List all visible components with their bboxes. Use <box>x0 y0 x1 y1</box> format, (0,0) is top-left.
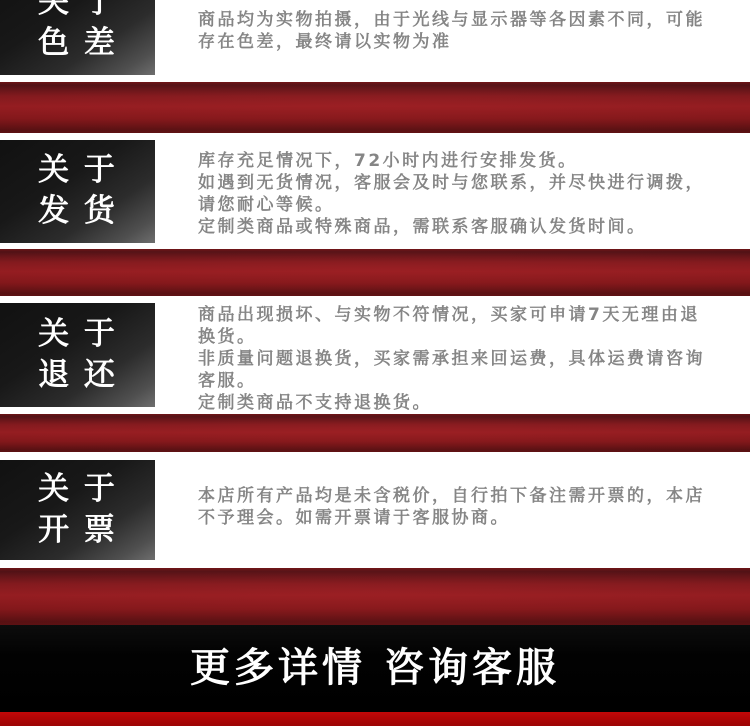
section-body-invoice: 本店所有产品均是未含税价，自行拍下备注需开票的，本店 不予理会。如需开票请于客服… <box>198 485 718 529</box>
section-body-color-difference: 商品均为实物拍摄，由于光线与显示器等各因素不同，可能 存在色差，最终请以实物为准 <box>198 9 718 53</box>
section-title-line: 色 差 <box>0 23 155 64</box>
section-title-box-returns: 关 于 退 还 <box>0 303 155 407</box>
section-returns: 关 于 退 还 商品出现损坏、与实物不符情况，买家可申请7天无理由退 换货。 非… <box>0 296 750 414</box>
divider-band <box>0 82 750 133</box>
section-title-box-shipping: 关 于 发 货 <box>0 140 155 243</box>
section-title-line: 关 于 <box>0 0 155 23</box>
section-title-box-invoice: 关 于 开 票 <box>0 460 155 560</box>
section-title-line: 发 货 <box>0 191 155 232</box>
section-title-line: 退 还 <box>0 355 155 396</box>
section-shipping: 关 于 发 货 库存充足情况下，72小时内进行安排发货。 如遇到无货情况，客服会… <box>0 133 750 249</box>
divider-band <box>0 568 750 625</box>
section-title-line: 关 于 <box>0 469 155 510</box>
section-title-line: 关 于 <box>0 150 155 191</box>
section-title-line: 关 于 <box>0 314 155 355</box>
product-detail-page: 关 于 色 差 商品均为实物拍摄，由于光线与显示器等各因素不同，可能 存在色差，… <box>0 0 750 726</box>
section-invoice: 关 于 开 票 本店所有产品均是未含税价，自行拍下备注需开票的，本店 不予理会。… <box>0 452 750 568</box>
divider-band <box>0 414 750 452</box>
footer-banner: 更多详情 咨询客服 <box>0 625 750 712</box>
section-body-returns: 商品出现损坏、与实物不符情况，买家可申请7天无理由退 换货。 非质量问题退换货，… <box>198 304 718 414</box>
section-body-shipping: 库存充足情况下，72小时内进行安排发货。 如遇到无货情况，客服会及时与您联系，并… <box>198 150 718 238</box>
section-title-box-color-difference: 关 于 色 差 <box>0 0 155 75</box>
footer-label: 更多详情 咨询客服 <box>0 625 750 712</box>
section-color-difference: 关 于 色 差 商品均为实物拍摄，由于光线与显示器等各因素不同，可能 存在色差，… <box>0 0 750 82</box>
divider-band <box>0 249 750 296</box>
section-title-line: 开 票 <box>0 510 155 551</box>
bottom-accent-strip <box>0 712 750 726</box>
